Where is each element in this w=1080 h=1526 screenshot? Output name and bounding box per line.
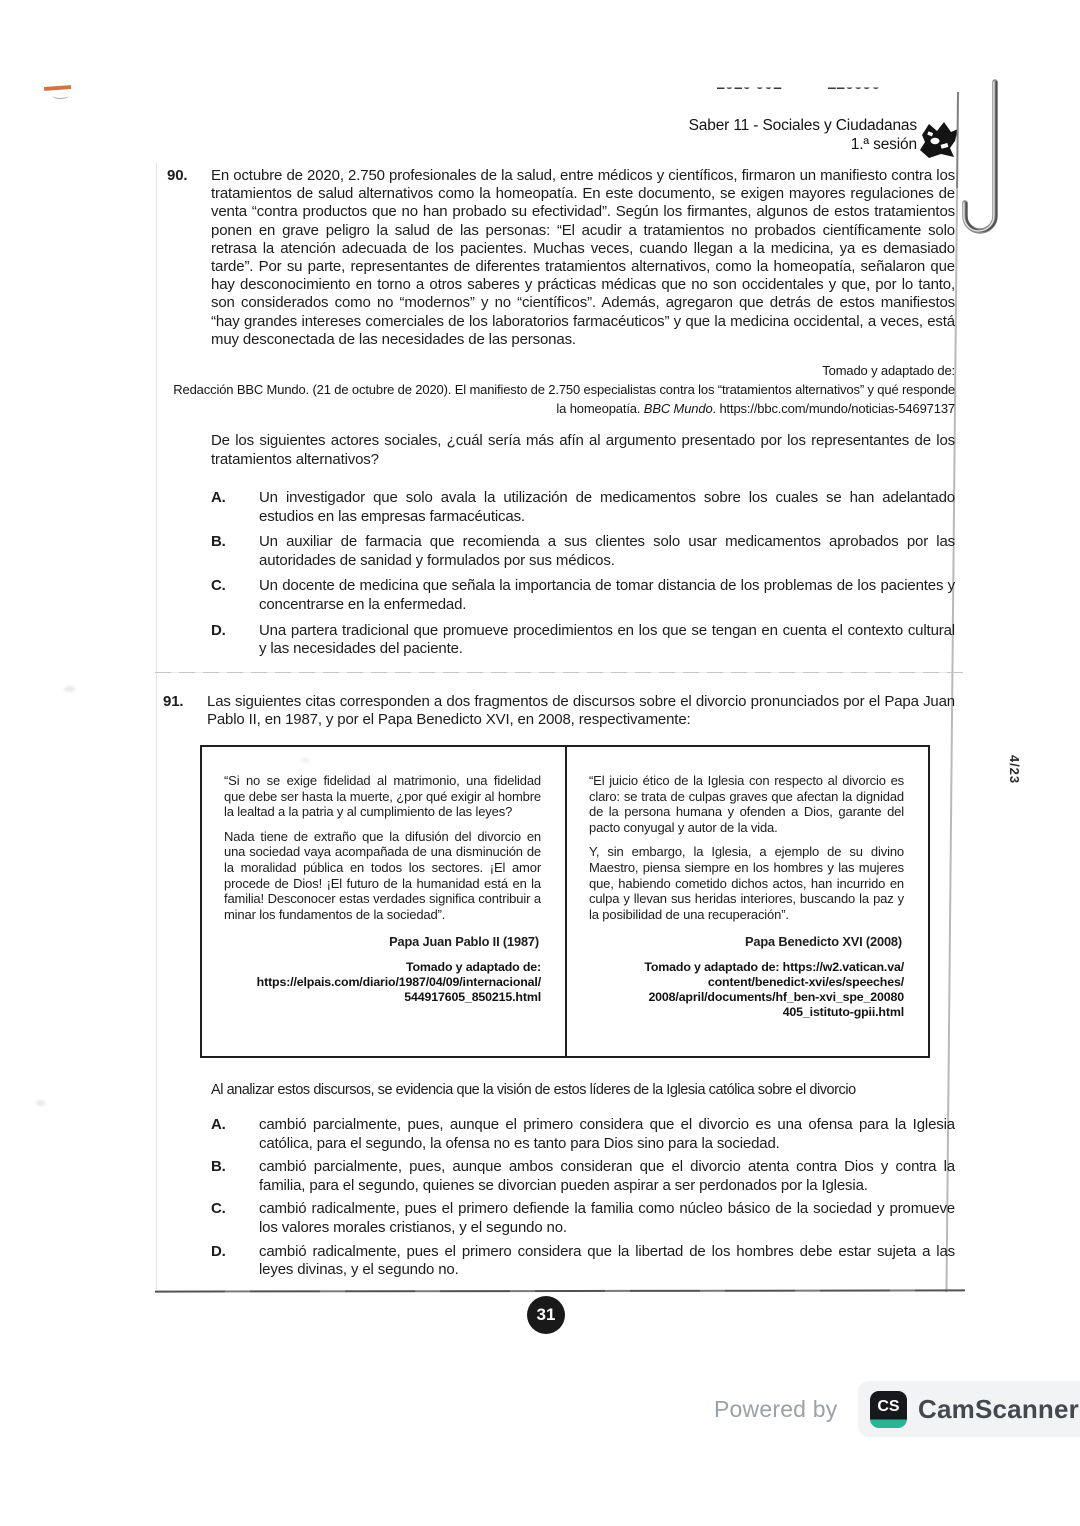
quote-source-line: Tomado y adaptado de:: [224, 960, 541, 975]
option-text: Un docente de medicina que señala la imp…: [259, 577, 955, 614]
question-90-body: En octubre de 2020, 2.750 profesionales …: [211, 167, 955, 349]
question-91: 91. Las siguientes citas corresponden a …: [163, 693, 955, 729]
quote-column-left: “Si no se exige fidelidad al matrimonio,…: [202, 747, 565, 1056]
question-90-number: 90.: [167, 167, 211, 349]
question-91-intro: Las siguientes citas corresponden a dos …: [207, 693, 955, 729]
option-row-c: C. Un docente de medicina que señala la …: [211, 577, 955, 614]
quote-source-line: 405_istituto-gpii.html: [589, 1005, 904, 1020]
option-letter: A.: [211, 489, 259, 526]
quote-paragraph: Y, sin embargo, la Iglesia, a ejemplo de…: [589, 844, 904, 922]
gray-squiggle-mark: [52, 92, 69, 99]
source-citation-journal: BBC Mundo: [644, 401, 713, 416]
option-text: cambió parcialmente, pues, aunque ambos …: [259, 1158, 955, 1195]
option-row-d: D. Una partera tradicional que promueve …: [211, 622, 955, 659]
page-bottom-edge-line: [155, 1289, 965, 1293]
option-row-a: A. cambió parcialmente, pues, aunque el …: [211, 1116, 955, 1153]
option-row-c: C. cambió radicalmente, pues el primero …: [211, 1200, 955, 1237]
quote-paragraph: “Si no se exige fidelidad al matrimonio,…: [224, 773, 541, 820]
quote-attribution: Papa Juan Pablo II (1987): [224, 934, 539, 950]
top-clipped-code: 1010 001 220090: [716, 76, 880, 98]
question-90-source: Tomado y adaptado de: Redacción BBC Mund…: [167, 361, 955, 418]
margin-smudge: [36, 1100, 45, 1106]
quote-source-line: 544917605_850215.html: [224, 990, 541, 1005]
question-90-stem: De los siguientes actores sociales, ¿cuá…: [211, 431, 955, 469]
option-row-a: A. Un investigador que solo avala la uti…: [211, 489, 955, 526]
option-text: Un auxiliar de farmacia que recomienda a…: [259, 533, 955, 570]
question-separator-line: [155, 672, 963, 673]
quote-source: Tomado y adaptado de: https://w2.vatican…: [589, 960, 904, 1020]
option-letter: B.: [211, 533, 259, 570]
option-letter: C.: [211, 577, 259, 614]
page-number-badge: 31: [527, 1296, 565, 1334]
option-row-d: D. cambió radicalmente, pues el primero …: [211, 1243, 955, 1280]
side-page-marker: 4/23: [1007, 755, 1022, 784]
camscanner-logo-letters: CS: [877, 1398, 899, 1416]
orange-pen-mark: [44, 85, 71, 90]
question-90: 90. En octubre de 2020, 2.750 profesiona…: [167, 167, 955, 349]
camscanner-logo-icon: CS: [870, 1391, 907, 1428]
question-91-stem: Al analizar estos discursos, se evidenci…: [211, 1082, 971, 1098]
source-label: Tomado y adaptado de:: [167, 361, 955, 380]
source-citation-url: . https://bbc.com/mundo/noticias-5469713…: [713, 401, 955, 416]
quote-source-line: Tomado y adaptado de: https://w2.vatican…: [589, 960, 904, 975]
option-text: cambió radicalmente, pues el primero def…: [259, 1200, 955, 1237]
quote-source-line: content/benedict-xvi/es/speeches/: [589, 975, 904, 990]
option-row-b: B. Un auxiliar de farmacia que recomiend…: [211, 533, 955, 570]
quote-box: “Si no se exige fidelidad al matrimonio,…: [200, 745, 930, 1058]
option-text: cambió parcialmente, pues, aunque el pri…: [259, 1116, 955, 1153]
quote-paragraph: Nada tiene de extraño que la difusión de…: [224, 829, 541, 923]
quote-source-line: https://elpais.com/diario/1987/04/09/int…: [224, 975, 541, 990]
quote-paragraph: “El juicio ético de la Iglesia con respe…: [589, 773, 904, 835]
quote-source-line: 2008/april/documents/hf_ben-xvi_spe_2008…: [589, 990, 904, 1005]
option-letter: B.: [211, 1158, 259, 1195]
camscanner-label: CamScanner: [918, 1394, 1079, 1425]
option-letter: D.: [211, 622, 259, 659]
option-text: Un investigador que solo avala la utiliz…: [259, 489, 955, 526]
source-citation: Redacción BBC Mundo. (21 de octubre de 2…: [167, 380, 955, 418]
quote-column-right: “El juicio ético de la Iglesia con respe…: [565, 747, 928, 1056]
exam-session: 1.ª sesión: [689, 135, 917, 154]
powered-by-label: Powered by: [714, 1396, 837, 1423]
exam-title: Saber 11 - Sociales y Ciudadanas: [689, 116, 917, 135]
camscanner-pill: CS CamScanner: [858, 1381, 1080, 1437]
option-text: Una partera tradicional que promueve pro…: [259, 622, 955, 659]
option-text: cambió radicalmente, pues el primero con…: [259, 1243, 955, 1280]
code-left: 1010 001: [716, 76, 782, 98]
question-91-number: 91.: [163, 693, 207, 729]
option-row-b: B. cambió parcialmente, pues, aunque amb…: [211, 1158, 955, 1195]
scanned-page: 1010 001 220090 Saber 11 - Sociales y Ci…: [0, 0, 1080, 1526]
question-90-options: A. Un investigador que solo avala la uti…: [211, 489, 955, 666]
exam-header: Saber 11 - Sociales y Ciudadanas 1.ª ses…: [689, 116, 917, 154]
question-91-options: A. cambió parcialmente, pues, aunque el …: [211, 1116, 955, 1285]
option-letter: C.: [211, 1200, 259, 1237]
option-letter: D.: [211, 1243, 259, 1280]
page-edge-left-line: [156, 162, 157, 1290]
option-letter: A.: [211, 1116, 259, 1153]
quote-attribution: Papa Benedicto XVI (2008): [589, 934, 902, 950]
margin-smudge: [64, 686, 75, 692]
code-right: 220090: [828, 76, 881, 98]
quote-source: Tomado y adaptado de: https://elpais.com…: [224, 960, 541, 1005]
